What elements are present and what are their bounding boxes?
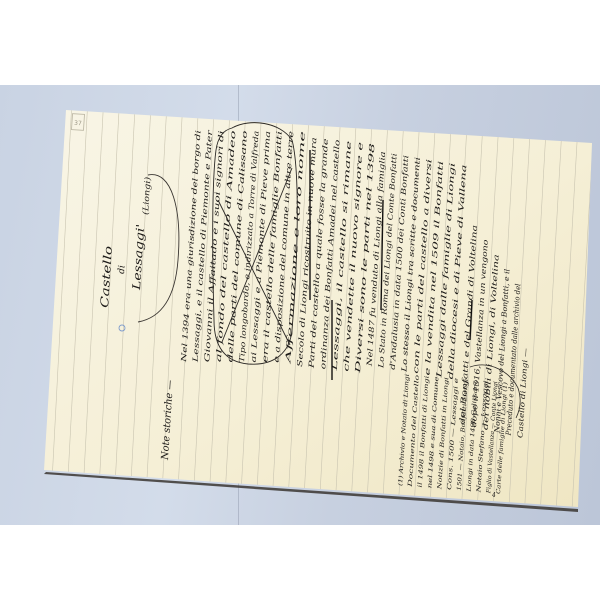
title-line-2: di (117, 265, 128, 274)
svg-text:37: 37 (74, 120, 82, 127)
document-sheet: CastellodiLessaggi'(Liongi)Note storiche… (0, 0, 600, 600)
bottom-page-number: 4 (491, 492, 496, 499)
